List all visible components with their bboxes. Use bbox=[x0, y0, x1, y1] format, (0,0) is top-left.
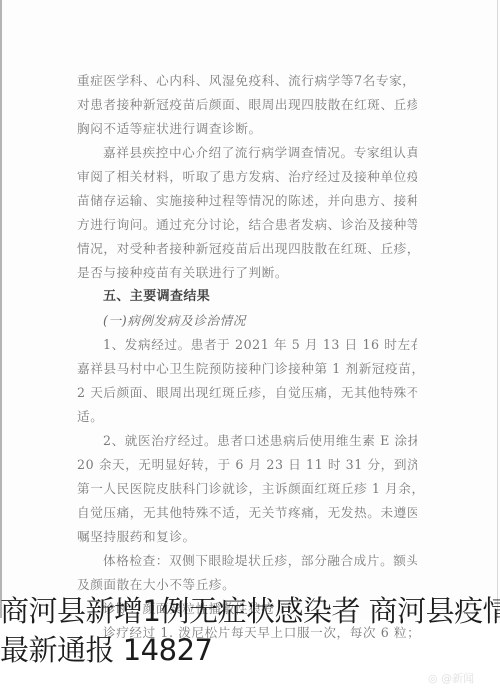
doc-line: 第一人民医院皮肤科门诊就诊，主诉颜面红斑丘疹 1 月余， bbox=[77, 477, 417, 501]
doc-line: 适。 bbox=[77, 405, 417, 429]
doc-line: 嘉祥县疾控中心介绍了流行病学调查情况。专家组认真 bbox=[77, 141, 417, 165]
doc-line: 20 余天，无明显好转，于 6 月 23 日 11 时 31 分，到济宁市 bbox=[77, 453, 417, 477]
doc-line: 对患者接种新冠疫苗后颜面、眼周出现四肢散在红斑、丘疹， bbox=[77, 93, 417, 117]
weibo-watermark: ◎ @新闻 bbox=[428, 670, 474, 686]
doc-line: 方进行询问。通过充分讨论，结合患者发病、诊治及接种等 bbox=[77, 213, 417, 237]
caption-line-2: 最新通报 14827 bbox=[0, 631, 500, 670]
doc-line: 2 天后颜面、眼周出现红斑丘疹，自觉压痛，无其他特殊不 bbox=[77, 381, 417, 405]
doc-line: 是否与接种疫苗有关联进行了判断。 bbox=[77, 261, 417, 285]
doc-line: 苗储存运输、实施接种过程等情况的陈述，并向患方、接种 bbox=[77, 189, 417, 213]
section-heading: 五、主要调查结果 bbox=[77, 285, 417, 309]
scanned-document-image: 重症医学科、心内科、风湿免疫科、流行病学等7名专家， 对患者接种新冠疫苗后颜面、… bbox=[0, 0, 500, 620]
doc-line: 体格检查：双侧下眼睑堤状丘疹，部分融合成片。额头 bbox=[77, 549, 417, 573]
doc-line: 嘱坚持服药和复诊。 bbox=[77, 525, 417, 549]
doc-line: 1、发病经过。患者于 2021 年 5 月 13 日 16 时左右，在 bbox=[77, 333, 417, 357]
caption-line-1: 商河县新增1例无症状感染者 商河县疫情防控 bbox=[0, 592, 500, 631]
subsection-heading: (一)病例发病及诊治情况 bbox=[77, 309, 417, 333]
document-body: 重症医学科、心内科、风湿免疫科、流行病学等7名专家， 对患者接种新冠疫苗后颜面、… bbox=[77, 69, 417, 645]
scan-left-edge bbox=[0, 0, 2, 618]
caption-title: 商河县新增1例无症状感染者 商河县疫情防控 最新通报 14827 bbox=[0, 592, 500, 670]
doc-line: 自觉压痛，无其他特殊不适，无关节疼痛，无发热。未遵医 bbox=[77, 501, 417, 525]
doc-line: 嘉祥县马村中心卫生院预防接种门诊接种第 1 剂新冠疫苗， bbox=[77, 357, 417, 381]
scan-right-edge bbox=[497, 0, 498, 618]
doc-line: 情况，对受种者接种新冠疫苗后出现四肢散在红斑、丘疹， bbox=[77, 237, 417, 261]
doc-line: 审阅了相关材料，听取了患方发病、治疗经过及接种单位疫 bbox=[77, 165, 417, 189]
doc-line: 2、就医治疗经过。患者口述患病后使用维生素 E 涂抹 bbox=[77, 429, 417, 453]
doc-line: 胸闷不适等症状进行调查诊断。 bbox=[77, 117, 417, 141]
doc-line: 重症医学科、心内科、风湿免疫科、流行病学等7名专家， bbox=[77, 69, 417, 93]
